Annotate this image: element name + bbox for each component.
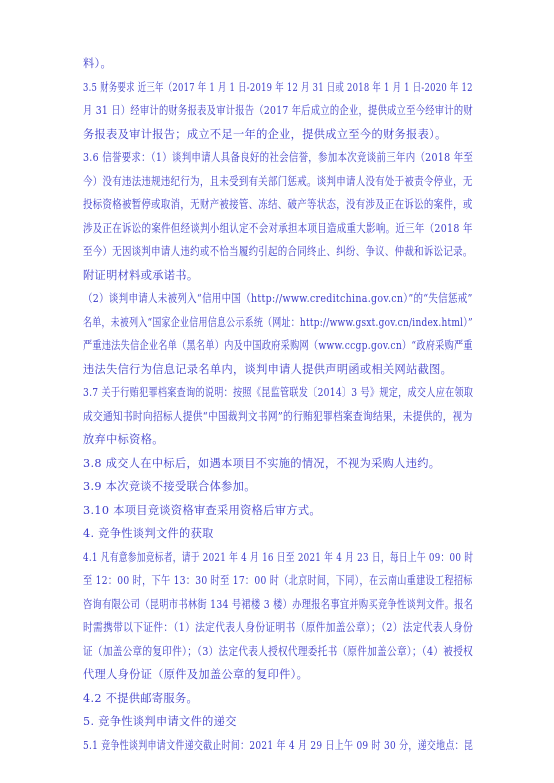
text-line: 务报表及审计报告；成立不足一年的企业，提供成立至今的财务报表）。 [83, 128, 447, 142]
text-line: 代理人身份证（原件及加盖公章的复印件）。 [83, 668, 308, 682]
text-line: 名单，未被列入“国家企业信用信息公示系统（网址：http://www.gsxt.… [83, 316, 473, 330]
text-line: 3.9 本次竞谈不接受联合体参加。 [83, 480, 256, 494]
text-line: 附证明材料或承诺书。 [83, 269, 198, 283]
document-page: 料）。3.5 财务要求 近三年（2017 年 1 月 1 日-2019 年 12… [0, 0, 554, 783]
text-line: 月 31 日）经审计的财务报表及审计报告（2017 年后成立的企业，提供成立至今… [83, 104, 473, 118]
text-line: 至 12：00 时，下午 13：30 时至 17：00 时（北京时间，下同），在… [83, 574, 473, 588]
text-line: 3.5 财务要求 近三年（2017 年 1 月 1 日-2019 年 12 月 … [83, 81, 473, 95]
text-line: 涉及正在诉讼的案件但经谈判小组认定不会对承担本项目造成重大影响。近三年（2018… [83, 222, 473, 236]
text-line: 料）。 [83, 57, 112, 71]
text-line: 4.1 凡有意参加竞标者，请于 2021 年 4 月 16 日至 2021 年 … [83, 551, 473, 565]
text-line: 咨询有限公司（昆明市书林街 134 号裙楼 3 楼）办理报名事宜并购买竞争性谈判… [83, 598, 473, 612]
text-line: 3.7 关于行贿犯罪档案查询的说明：按照《昆监管联发〔2014〕3 号》规定，成… [83, 386, 473, 400]
text-line: 投标资格被暂停或取消，无财产被接管、冻结、破产等状态，没有涉及正在诉讼的案件，或 [83, 198, 473, 212]
text-line: 放弃中标资格。 [83, 433, 164, 447]
text-line: （2）谈判申请人未被列入“信用中国（http://www.creditchina… [83, 292, 473, 306]
text-line: 时需携带以下证件：（1）法定代表人身份证明书（原件加盖公章）；（2）法定代表人身… [83, 621, 473, 635]
text-line: 3.10 本项目竞谈资格审查采用资格后审方式。 [83, 504, 321, 518]
text-line: 5. 竞争性谈判申请文件的递交 [83, 715, 237, 729]
text-line: 成交通知书时向招标人提供“中国裁判文书网”的行贿犯罪档案查询结果，未提供的，视为 [83, 410, 473, 424]
text-line: 3.6 信誉要求：（1）谈判申请人具备良好的社会信誉，参加本次竞谈前三年内（20… [83, 151, 473, 165]
text-line: 4. 竞争性谈判文件的获取 [83, 527, 214, 541]
text-line: 3.8 成交人在中标后，如遇本项目不实施的情况，不视为采购人违约。 [83, 457, 440, 471]
text-line: 4.2 不提供邮寄服务。 [83, 692, 198, 706]
text-line: 5.1 竞争性谈判申请文件递交截止时间：2021 年 4 月 29 日上午 09… [83, 739, 473, 753]
text-line: 至今）无因谈判申请人违约或不恰当履约引起的合同终止、纠纷、争议、仲裁和诉讼记录。 [83, 245, 473, 259]
text-line: 今）没有违法违规违纪行为，且未受到有关部门惩戒。谈判申请人没有处于被责令停业，无 [83, 175, 473, 189]
text-line: 违法失信行为信息记录名单内，谈判申请人提供声明函或相关网站截图。 [83, 363, 452, 377]
text-line: 严重违法失信企业名单（黑名单）内及中国政府采购网（www.ccgp.gov.cn… [83, 339, 473, 353]
text-line: 证（加盖公章的复印件）；（3）法定代表人授权代理委托书（原件加盖公章）；（4）被… [83, 645, 473, 659]
